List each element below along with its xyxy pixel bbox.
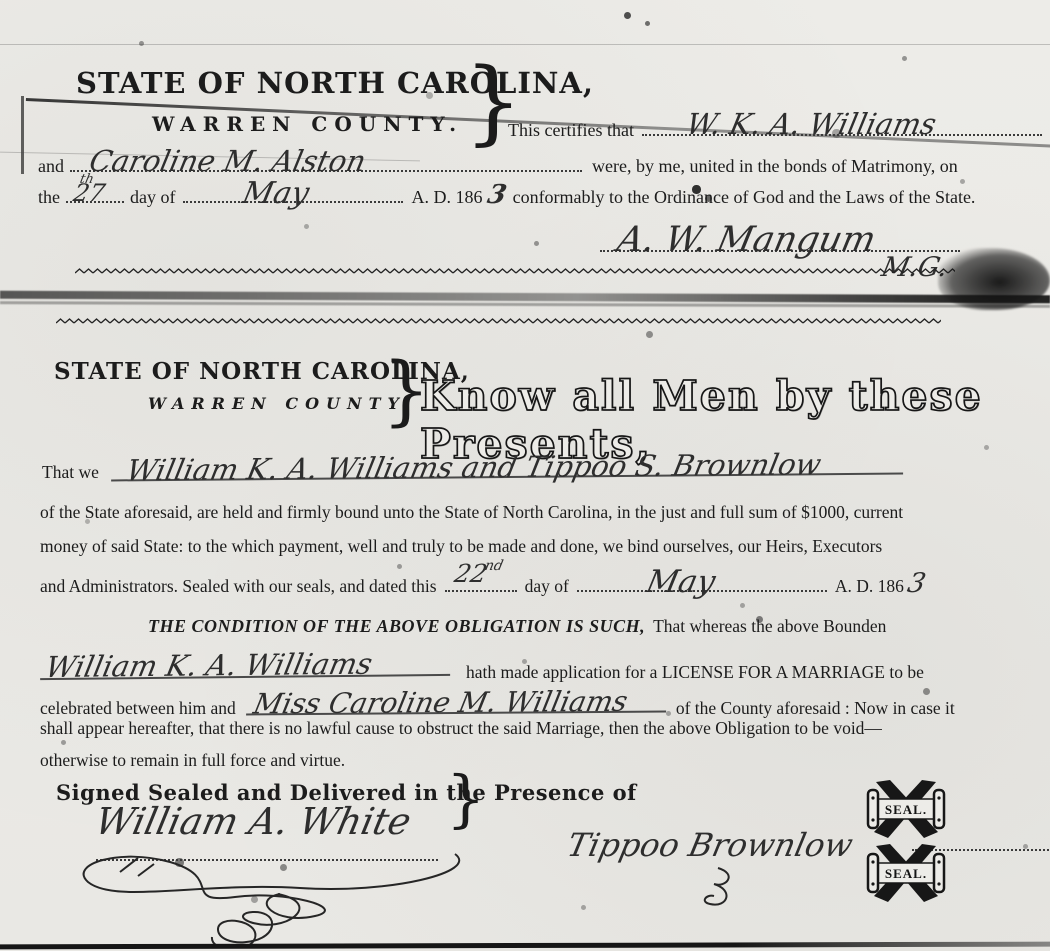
signature-flourish [60, 842, 490, 947]
month-handwriting: May [240, 176, 313, 211]
seal-stamp: SEAL. [866, 778, 946, 840]
bond-month-handwriting: May [643, 564, 718, 600]
groom-name-line: W. K. A. Williams [642, 112, 1042, 136]
the-label: the [38, 187, 60, 208]
bride-name-line: Caroline M. Alston [70, 148, 582, 172]
bond-day-of-label: day of [525, 576, 569, 597]
certificate-county-heading: WARREN COUNTY. [152, 112, 463, 136]
bondsman-signature-handwriting: Tippoo Brownlow [564, 826, 856, 864]
principals-handwriting: William K. A. Williams and Tippoo S. Bro… [123, 447, 824, 487]
seal-label: SEAL. [885, 802, 927, 817]
torn-edge-wavy-line [56, 316, 941, 328]
applicant-name-line: William K. A. Williams [40, 648, 450, 680]
bond-day-line: 22 nd [445, 570, 517, 592]
bond-bride-handwriting: Miss Caroline M. Williams [250, 685, 630, 721]
application-text: hath made application for a LICENSE FOR … [466, 662, 924, 683]
condition-heading: THE CONDITION OF THE ABOVE OBLIGATION IS… [148, 616, 645, 637]
that-we-label: That we [42, 462, 99, 483]
condition-lead: That whereas the above Bounden [653, 616, 886, 637]
united-text: were, by me, united in the bonds of Matr… [592, 156, 958, 177]
day-line: 27 th [66, 181, 124, 203]
marriage-certificate-section: STATE OF NORTH CAROLINA, WARREN COUNTY. … [0, 0, 1050, 35]
seal-label: SEAL. [885, 866, 927, 881]
scanned-document: STATE OF NORTH CAROLINA, WARREN COUNTY. … [0, 0, 1050, 951]
bond-day-suffix-handwriting: nd [483, 558, 504, 574]
principals-line: William K. A. Williams and Tippoo S. Bro… [111, 447, 903, 482]
celebrated-label: celebrated between him and [40, 698, 236, 719]
bride-name-handwriting: Caroline M. Alston [86, 144, 369, 178]
year-digit-handwriting: 3 [485, 180, 509, 210]
paper-specks [0, 0, 3, 3]
and-label: and [38, 156, 64, 177]
scan-artifact-corner [21, 96, 24, 174]
scan-artifact-line [0, 44, 1050, 45]
officiant-signature-line: A. W. Mangum [600, 222, 960, 252]
seal-stamp: SEAL. [866, 842, 946, 904]
bond-year-digit-handwriting: 3 [905, 568, 929, 599]
brace-glyph: } [446, 768, 485, 830]
year-prefix: A. D. 186 [411, 187, 482, 208]
certifies-label: This certifies that [508, 120, 634, 141]
bond-year-prefix: A. D. 186 [835, 576, 904, 597]
marriage-bond-section: STATE OF NORTH CAROLINA, WARREN COUNTY. … [0, 35, 1050, 70]
condition-line3: shall appear hereafter, that there is no… [40, 718, 1000, 739]
bond-body-line1: of the State aforesaid, are held and fir… [40, 502, 985, 523]
torn-edge-wavy-line [75, 266, 955, 278]
month-line: May [183, 181, 403, 203]
bond-month-line: May [577, 570, 827, 592]
ink-blotch [938, 248, 1050, 310]
applicant-name-handwriting: William K. A. Williams [43, 647, 376, 684]
witness-signature-handwriting: William A. White [91, 800, 414, 843]
conformably-text: conformably to the Ordinance of God and … [513, 187, 976, 208]
county-aforesaid-text: of the County aforesaid : Now in case it [676, 698, 955, 719]
bondsman-flourish [690, 866, 760, 926]
bond-body-line3-prefix: and Administrators. Sealed with our seal… [40, 576, 437, 597]
bond-body-line2: money of said State: to the which paymen… [40, 536, 985, 557]
day-of-label: day of [130, 187, 175, 208]
groom-name-handwriting: W. K. A. Williams [683, 107, 939, 141]
officiant-signature-handwriting: A. W. Mangum [614, 220, 880, 260]
bond-bride-line: Miss Caroline M. Williams [246, 685, 666, 716]
bond-county-heading: WARREN COUNTY. [148, 394, 416, 413]
